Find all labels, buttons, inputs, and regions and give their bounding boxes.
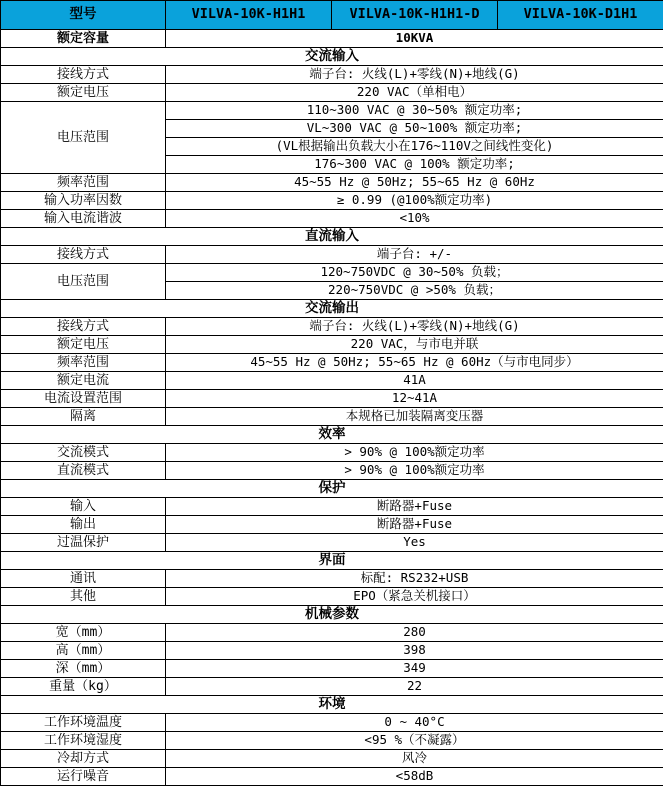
environment-humidity-row: 工作环境湿度 <95 %（不凝露） bbox=[1, 732, 663, 750]
protection-over-temp-row: 过温保护 Yes bbox=[1, 534, 663, 552]
efficiency-ac-mode-row: 交流模式 > 90% @ 100%额定功率 bbox=[1, 444, 663, 462]
ac-output-rated-voltage-row: 额定电压 220 VAC，与市电并联 bbox=[1, 336, 663, 354]
ac-input-freq-range-row: 频率范围 45~55 Hz @ 50Hz; 55~65 Hz @ 60Hz bbox=[1, 174, 663, 192]
environment-temp-label: 工作环境温度 bbox=[1, 714, 166, 732]
ac-output-freq-range-row: 频率范围 45~55 Hz @ 50Hz; 55~65 Hz @ 60Hz（与市… bbox=[1, 354, 663, 372]
ac-input-rated-voltage-label: 额定电压 bbox=[1, 84, 166, 102]
spec-table: 型号 VILVA-10K-H1H1 VILVA-10K-H1H1-D VILVA… bbox=[0, 0, 663, 786]
ac-input-wiring-value: 端子台: 火线(L)+零线(N)+地线(G) bbox=[166, 66, 663, 84]
ac-input-power-factor-label: 输入功率因数 bbox=[1, 192, 166, 210]
dc-input-voltage-range-row-1: 电压范围 120~750VDC @ 30~50% 负载； bbox=[1, 264, 663, 282]
interface-other-value: EPO（紧急关机接口） bbox=[166, 588, 663, 606]
mechanical-weight-value: 22 bbox=[166, 678, 663, 696]
dc-input-voltage-range-label: 电压范围 bbox=[1, 264, 166, 300]
mechanical-depth-row: 深（mm） 349 bbox=[1, 660, 663, 678]
section-title-mechanical: 机械参数 bbox=[1, 606, 663, 624]
mechanical-height-value: 398 bbox=[166, 642, 663, 660]
section-title-ac-input: 交流输入 bbox=[1, 48, 663, 66]
ac-output-wiring-label: 接线方式 bbox=[1, 318, 166, 336]
model-name-3: VILVA-10K-D1H1 bbox=[498, 1, 663, 30]
ac-input-wiring-row: 接线方式 端子台: 火线(L)+零线(N)+地线(G) bbox=[1, 66, 663, 84]
section-title-protection: 保护 bbox=[1, 480, 663, 498]
efficiency-ac-mode-label: 交流模式 bbox=[1, 444, 166, 462]
efficiency-dc-mode-value: > 90% @ 100%额定功率 bbox=[166, 462, 663, 480]
section-protection: 保护 bbox=[1, 480, 663, 498]
ac-output-current-setting-value: 12~41A bbox=[166, 390, 663, 408]
capacity-row: 额定容量 10KVA bbox=[1, 30, 663, 48]
capacity-value: 10KVA bbox=[166, 30, 663, 48]
dc-input-wiring-row: 接线方式 端子台: +/- bbox=[1, 246, 663, 264]
section-title-interface: 界面 bbox=[1, 552, 663, 570]
section-environment: 环境 bbox=[1, 696, 663, 714]
environment-noise-row: 运行噪音 <58dB bbox=[1, 768, 663, 786]
ac-input-wiring-label: 接线方式 bbox=[1, 66, 166, 84]
ac-input-rated-voltage-row: 额定电压 220 VAC（单相电） bbox=[1, 84, 663, 102]
protection-over-temp-value: Yes bbox=[166, 534, 663, 552]
ac-output-rated-voltage-label: 额定电压 bbox=[1, 336, 166, 354]
interface-other-label: 其他 bbox=[1, 588, 166, 606]
ac-output-wiring-value: 端子台: 火线(L)+零线(N)+地线(G) bbox=[166, 318, 663, 336]
ac-input-voltage-range-value-3: (VL根据输出负载大小在176~110V之间线性变化) bbox=[166, 138, 663, 156]
protection-input-label: 输入 bbox=[1, 498, 166, 516]
section-title-dc-input: 直流输入 bbox=[1, 228, 663, 246]
dc-input-voltage-range-value-1: 120~750VDC @ 30~50% 负载； bbox=[166, 264, 663, 282]
section-interface: 界面 bbox=[1, 552, 663, 570]
ac-input-freq-range-label: 频率范围 bbox=[1, 174, 166, 192]
ac-input-voltage-range-value-4: 176~300 VAC @ 100% 额定功率; bbox=[166, 156, 663, 174]
mechanical-height-label: 高（mm） bbox=[1, 642, 166, 660]
ac-output-current-setting-row: 电流设置范围 12~41A bbox=[1, 390, 663, 408]
ac-output-rated-current-row: 额定电流 41A bbox=[1, 372, 663, 390]
mechanical-width-label: 宽（mm） bbox=[1, 624, 166, 642]
section-efficiency: 效率 bbox=[1, 426, 663, 444]
environment-noise-label: 运行噪音 bbox=[1, 768, 166, 786]
interface-comm-label: 通讯 bbox=[1, 570, 166, 588]
efficiency-ac-mode-value: > 90% @ 100%额定功率 bbox=[166, 444, 663, 462]
mechanical-weight-label: 重量（kg） bbox=[1, 678, 166, 696]
dc-input-wiring-value: 端子台: +/- bbox=[166, 246, 663, 264]
mechanical-width-value: 280 bbox=[166, 624, 663, 642]
section-ac-input: 交流输入 bbox=[1, 48, 663, 66]
model-label-cell: 型号 bbox=[1, 1, 166, 30]
protection-output-row: 输出 断路器+Fuse bbox=[1, 516, 663, 534]
ac-input-voltage-range-value-2: VL~300 VAC @ 50~100% 额定功率; bbox=[166, 120, 663, 138]
protection-output-value: 断路器+Fuse bbox=[166, 516, 663, 534]
model-name-1: VILVA-10K-H1H1 bbox=[166, 1, 332, 30]
ac-output-isolation-label: 隔离 bbox=[1, 408, 166, 426]
ac-output-freq-range-label: 频率范围 bbox=[1, 354, 166, 372]
interface-other-row: 其他 EPO（紧急关机接口） bbox=[1, 588, 663, 606]
environment-humidity-label: 工作环境湿度 bbox=[1, 732, 166, 750]
section-ac-output: 交流输出 bbox=[1, 300, 663, 318]
environment-temp-value: 0 ~ 40°C bbox=[166, 714, 663, 732]
mechanical-width-row: 宽（mm） 280 bbox=[1, 624, 663, 642]
ac-input-power-factor-value: ≥ 0.99 (@100%额定功率) bbox=[166, 192, 663, 210]
ac-output-current-setting-label: 电流设置范围 bbox=[1, 390, 166, 408]
environment-cooling-label: 冷却方式 bbox=[1, 750, 166, 768]
environment-noise-value: <58dB bbox=[166, 768, 663, 786]
ac-input-current-harmonics-label: 输入电流谐波 bbox=[1, 210, 166, 228]
protection-input-value: 断路器+Fuse bbox=[166, 498, 663, 516]
section-dc-input: 直流输入 bbox=[1, 228, 663, 246]
ac-input-freq-range-value: 45~55 Hz @ 50Hz; 55~65 Hz @ 60Hz bbox=[166, 174, 663, 192]
efficiency-dc-mode-label: 直流模式 bbox=[1, 462, 166, 480]
ac-input-rated-voltage-value: 220 VAC（单相电） bbox=[166, 84, 663, 102]
ac-output-isolation-value: 本规格已加装隔离变压器 bbox=[166, 408, 663, 426]
ac-output-rated-voltage-value: 220 VAC，与市电并联 bbox=[166, 336, 663, 354]
section-mechanical: 机械参数 bbox=[1, 606, 663, 624]
protection-output-label: 输出 bbox=[1, 516, 166, 534]
ac-input-current-harmonics-row: 输入电流谐波 <10% bbox=[1, 210, 663, 228]
ac-input-current-harmonics-value: <10% bbox=[166, 210, 663, 228]
section-title-environment: 环境 bbox=[1, 696, 663, 714]
mechanical-depth-label: 深（mm） bbox=[1, 660, 166, 678]
ac-input-voltage-range-value-1: 110~300 VAC @ 30~50% 额定功率; bbox=[166, 102, 663, 120]
ac-input-voltage-range-row-1: 电压范围 110~300 VAC @ 30~50% 额定功率; bbox=[1, 102, 663, 120]
environment-cooling-row: 冷却方式 风冷 bbox=[1, 750, 663, 768]
mechanical-weight-row: 重量（kg） 22 bbox=[1, 678, 663, 696]
capacity-label: 额定容量 bbox=[1, 30, 166, 48]
ac-output-rated-current-value: 41A bbox=[166, 372, 663, 390]
section-title-ac-output: 交流输出 bbox=[1, 300, 663, 318]
environment-temp-row: 工作环境温度 0 ~ 40°C bbox=[1, 714, 663, 732]
dc-input-wiring-label: 接线方式 bbox=[1, 246, 166, 264]
model-name-2: VILVA-10K-H1H1-D bbox=[332, 1, 498, 30]
dc-input-voltage-range-value-2: 220~750VDC @ >50% 负载； bbox=[166, 282, 663, 300]
environment-cooling-value: 风冷 bbox=[166, 750, 663, 768]
ac-output-isolation-row: 隔离 本规格已加装隔离变压器 bbox=[1, 408, 663, 426]
mechanical-depth-value: 349 bbox=[166, 660, 663, 678]
interface-comm-value: 标配: RS232+USB bbox=[166, 570, 663, 588]
model-header-row: 型号 VILVA-10K-H1H1 VILVA-10K-H1H1-D VILVA… bbox=[1, 1, 663, 30]
ac-output-rated-current-label: 额定电流 bbox=[1, 372, 166, 390]
mechanical-height-row: 高（mm） 398 bbox=[1, 642, 663, 660]
ac-output-freq-range-value: 45~55 Hz @ 50Hz; 55~65 Hz @ 60Hz（与市电同步） bbox=[166, 354, 663, 372]
efficiency-dc-mode-row: 直流模式 > 90% @ 100%额定功率 bbox=[1, 462, 663, 480]
protection-input-row: 输入 断路器+Fuse bbox=[1, 498, 663, 516]
environment-humidity-value: <95 %（不凝露） bbox=[166, 732, 663, 750]
interface-comm-row: 通讯 标配: RS232+USB bbox=[1, 570, 663, 588]
ac-input-power-factor-row: 输入功率因数 ≥ 0.99 (@100%额定功率) bbox=[1, 192, 663, 210]
ac-input-voltage-range-label: 电压范围 bbox=[1, 102, 166, 174]
section-title-efficiency: 效率 bbox=[1, 426, 663, 444]
protection-over-temp-label: 过温保护 bbox=[1, 534, 166, 552]
ac-output-wiring-row: 接线方式 端子台: 火线(L)+零线(N)+地线(G) bbox=[1, 318, 663, 336]
